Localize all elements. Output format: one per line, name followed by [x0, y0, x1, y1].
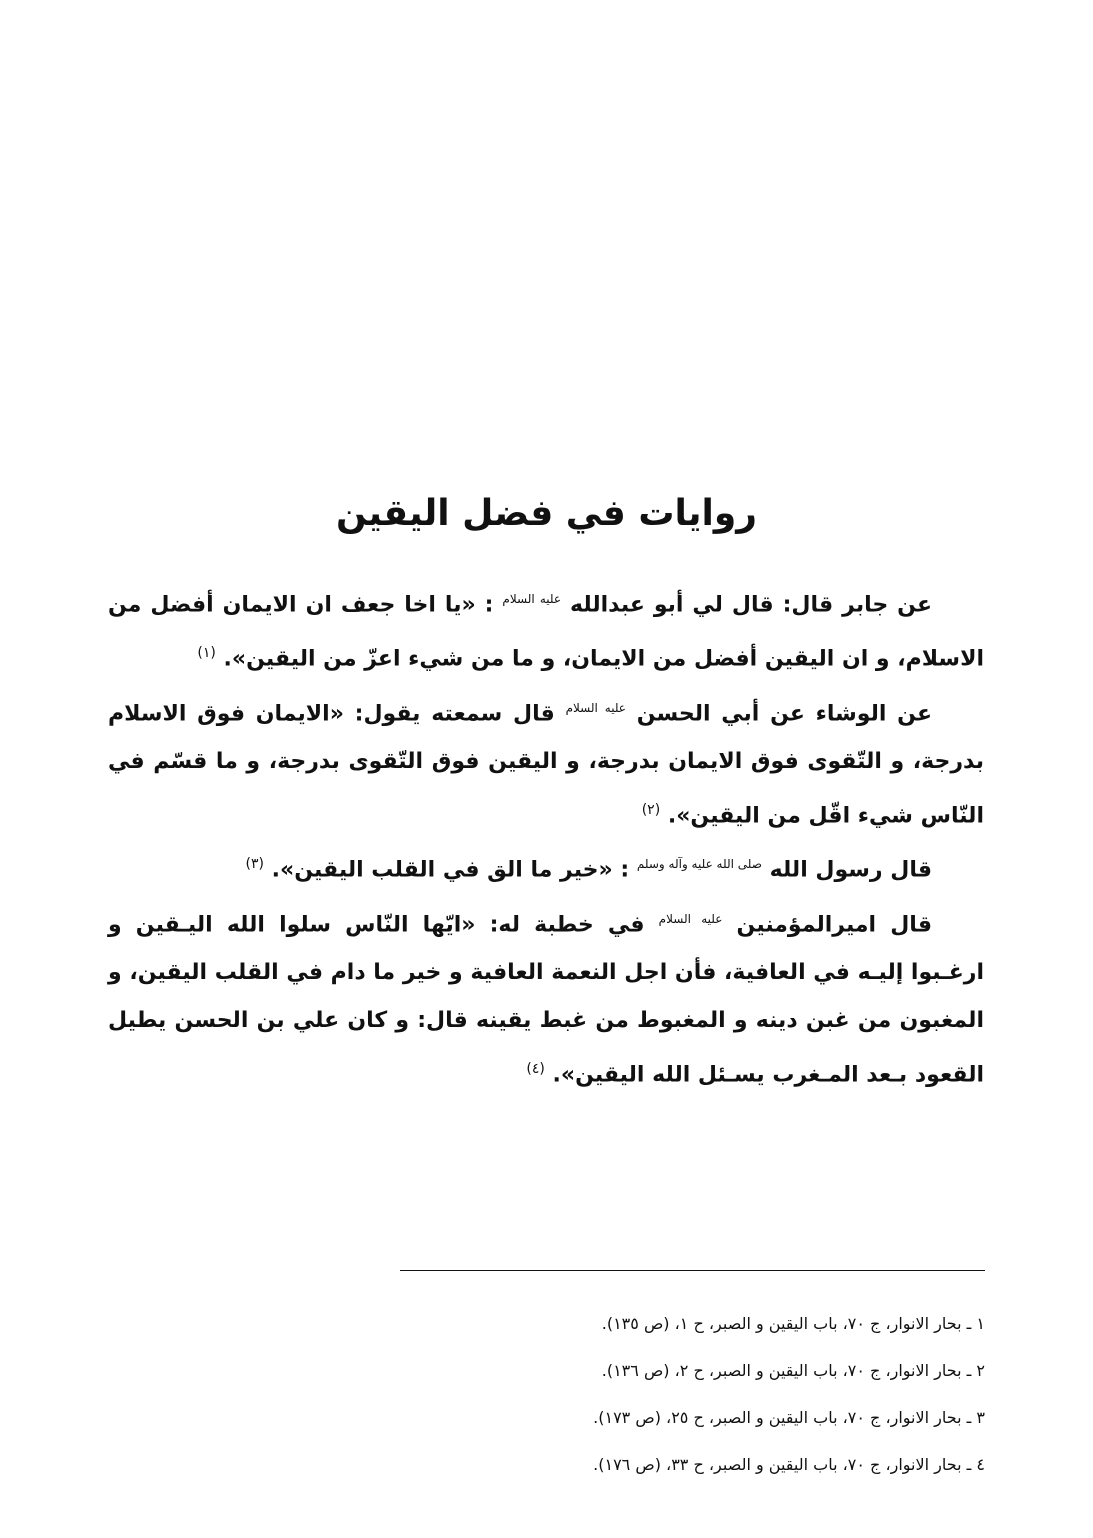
footnote-4: ٤ ـ بحار الانوار، ج ٧٠، باب اليقين و الص… — [400, 1441, 985, 1488]
narration-text-before: قال اميرالمؤمنين — [737, 912, 932, 937]
narration-text-before: قال رسول الله — [770, 858, 932, 883]
narration-1: عن جابر قال: قال لي أبو عبدالله عليه الس… — [108, 575, 984, 684]
honorific-glyph: عليه السلام — [502, 592, 561, 606]
honorific-glyph: صلى الله عليه وآله وسلم — [637, 857, 762, 871]
footnote-reference: (٢) — [642, 802, 660, 818]
page-title: روايات في فضل اليقين — [0, 486, 1093, 542]
footnotes: ١ ـ بحار الانوار، ج ٧٠، باب اليقين و الص… — [400, 1300, 985, 1488]
narration-text-before: عن جابر قال: قال لي أبو عبدالله — [570, 592, 932, 617]
footnote-3: ٣ ـ بحار الانوار، ج ٧٠، باب اليقين و الص… — [400, 1394, 985, 1441]
document-page: روايات في فضل اليقين عن جابر قال: قال لي… — [0, 0, 1093, 1538]
footnote-reference: (١) — [197, 645, 215, 661]
narration-text-after: : «خير ما الق في القلب اليقين». — [272, 858, 630, 883]
footnote-divider — [400, 1270, 985, 1271]
footnote-2: ٢ ـ بحار الانوار، ج ٧٠، باب اليقين و الص… — [400, 1347, 985, 1394]
footnote-reference: (٤) — [526, 1061, 544, 1077]
honorific-glyph: عليه السلام — [566, 701, 626, 715]
narration-2: عن الوشاء عن أبي الحسن عليه السلام قال س… — [108, 684, 984, 841]
narration-text-after: في خطبة له: «ايّها النّاس سلوا الله اليـ… — [108, 912, 984, 1087]
honorific-glyph: عليه السلام — [659, 912, 723, 926]
narration-4: قال اميرالمؤمنين عليه السلام في خطبة له:… — [108, 895, 984, 1100]
narration-text-before: عن الوشاء عن أبي الحسن — [637, 701, 932, 726]
narration-3: قال رسول الله صلى الله عليه وآله وسلم : … — [108, 840, 984, 894]
body-text: عن جابر قال: قال لي أبو عبدالله عليه الس… — [108, 575, 984, 1099]
footnote-reference: (٣) — [246, 856, 264, 872]
footnote-1: ١ ـ بحار الانوار، ج ٧٠، باب اليقين و الص… — [400, 1300, 985, 1347]
